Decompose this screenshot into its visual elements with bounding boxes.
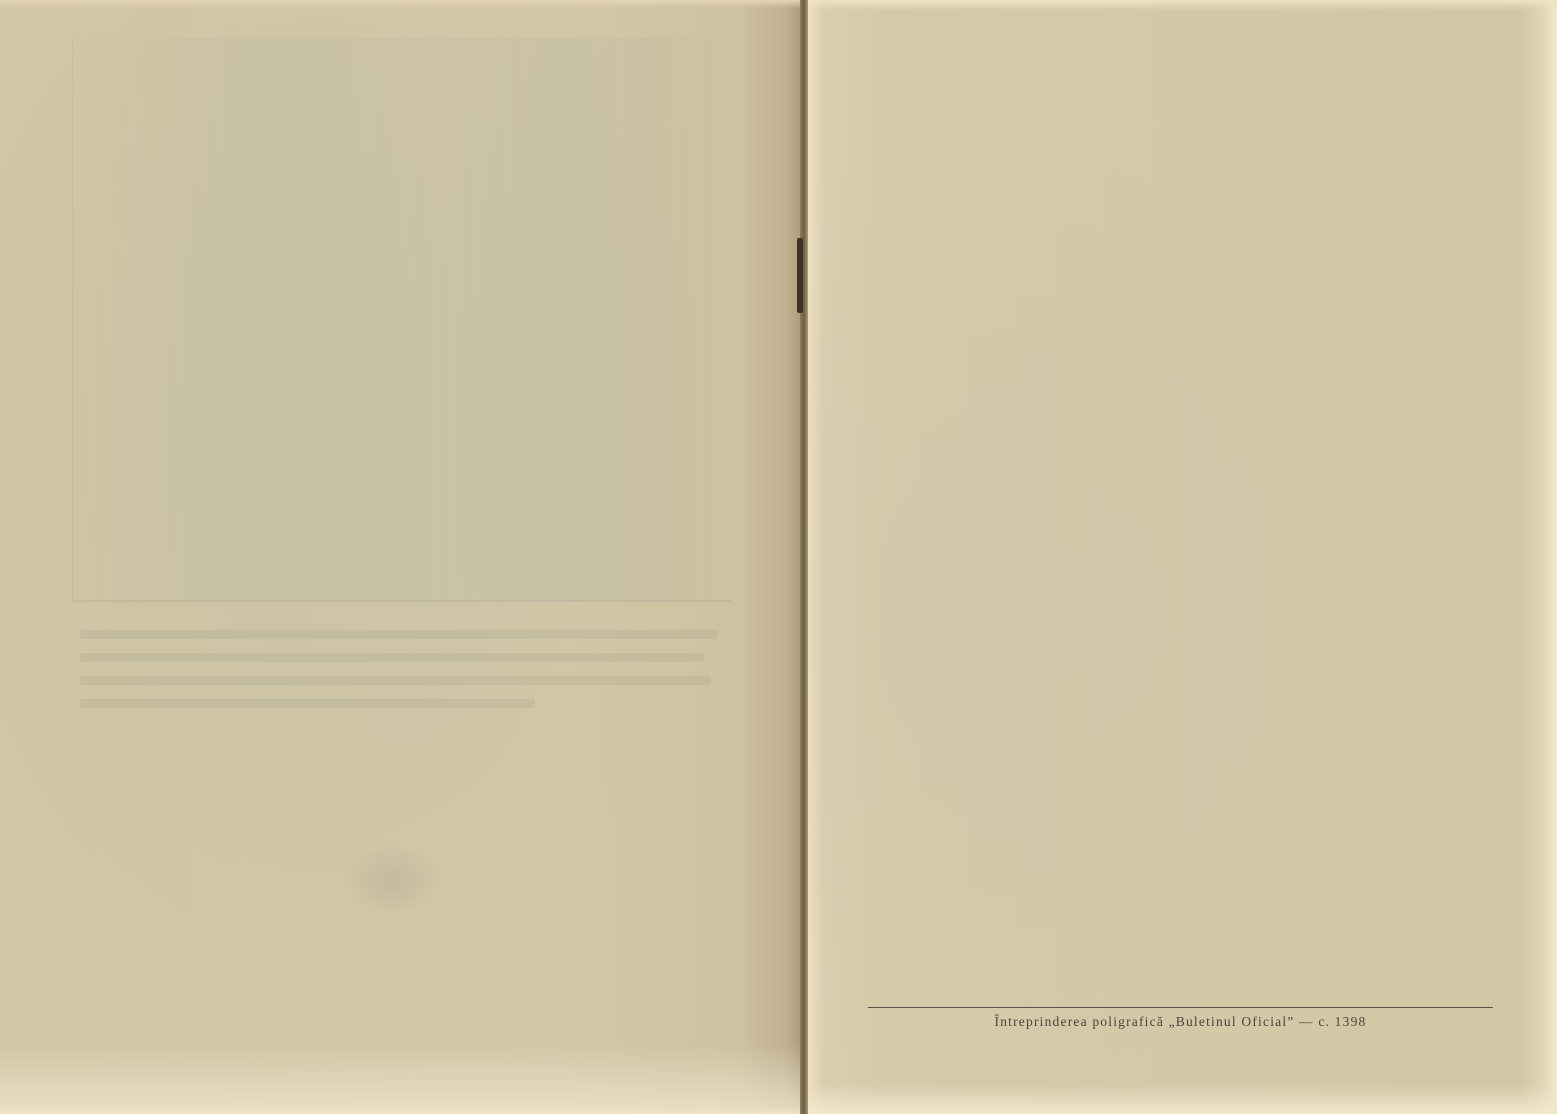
show-through-text [80,630,730,722]
right-page-top-edge [808,0,1557,10]
show-through-ornament [345,845,440,915]
left-page [0,0,803,1114]
right-page: Întreprinderea poligrafică „Buletinul Of… [808,0,1557,1114]
right-page-bottom-edge [808,1084,1557,1114]
show-through-illustration [72,38,731,602]
imprint-text: Întreprinderea poligrafică „Buletinul Of… [868,1014,1493,1030]
printer-imprint: Întreprinderea poligrafică „Buletinul Of… [868,1007,1493,1030]
binding-staple [797,238,803,313]
imprint-rule [868,1007,1493,1008]
left-page-bottom-edge [0,1044,803,1114]
book-spread: Întreprinderea poligrafică „Buletinul Of… [0,0,1557,1114]
left-page-top-edge [0,0,803,8]
